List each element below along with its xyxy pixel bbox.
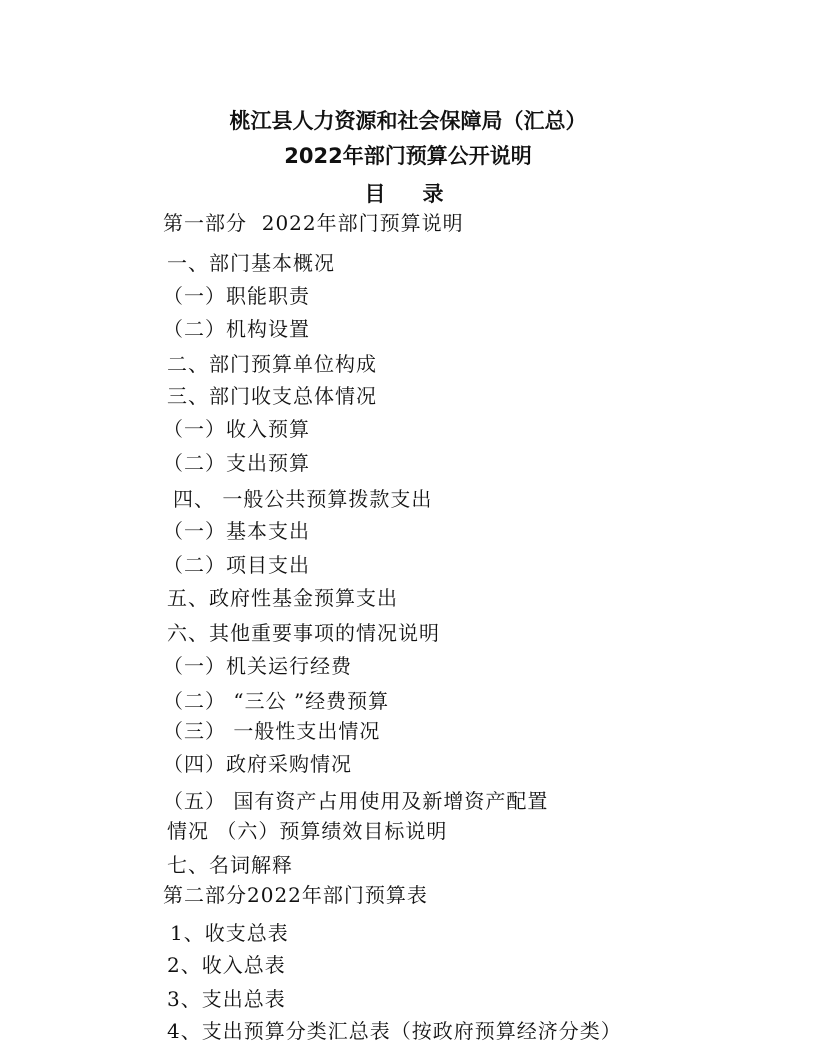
toc-entry: 四、 一般公共预算拨款支出 — [173, 483, 432, 512]
toc-entry: 七、名词解释 — [167, 849, 293, 878]
toc-entry: 一、部门基本概况 — [167, 247, 335, 276]
toc-entry: 4、支出预算分类汇总表（按政府预算经济分类） — [167, 1015, 622, 1044]
toc-entry: （一）职能职责 — [163, 280, 310, 309]
toc-entry: （五） 国有资产占用使用及新增资产配置 — [163, 785, 548, 814]
toc-entry: （三） 一般性支出情况 — [163, 715, 380, 744]
toc-entry: 1、收支总表 — [170, 917, 289, 946]
toc-entry: 二、部门预算单位构成 — [167, 348, 377, 377]
toc-entry: （四）政府采购情况 — [163, 748, 352, 777]
toc-entry: （一）收入预算 — [163, 413, 310, 442]
toc-entry: （一）机关运行经费 — [163, 650, 352, 679]
toc-entry: 3、支出总表 — [167, 983, 286, 1012]
toc-entry: （二）机构设置 — [163, 313, 310, 342]
toc-entry: 第一部分 2022年部门预算说明 — [163, 207, 464, 236]
toc-entry: （二） “三公 ”经费预算 — [163, 685, 389, 714]
toc-entry: （二）项目支出 — [163, 549, 310, 578]
document-title: 桃江县人力资源和社会保障局（汇总） — [0, 105, 816, 135]
toc-entry: 三、部门收支总体情况 — [167, 380, 377, 409]
toc-heading: 目 录 — [0, 178, 816, 208]
toc-entry: （一）基本支出 — [163, 515, 310, 544]
toc-entry: 五、政府性基金预算支出 — [167, 582, 398, 611]
toc-entry: 六、其他重要事项的情况说明 — [167, 617, 440, 646]
document-subtitle: 2022年部门预算公开说明 — [0, 140, 816, 170]
toc-entry: 第二部分2022年部门预算表 — [163, 879, 428, 908]
toc-entry: 情况 （六）预算绩效目标说明 — [167, 815, 447, 844]
toc-entry: 2、收入总表 — [167, 949, 286, 978]
toc-entry: （二）支出预算 — [163, 447, 310, 476]
